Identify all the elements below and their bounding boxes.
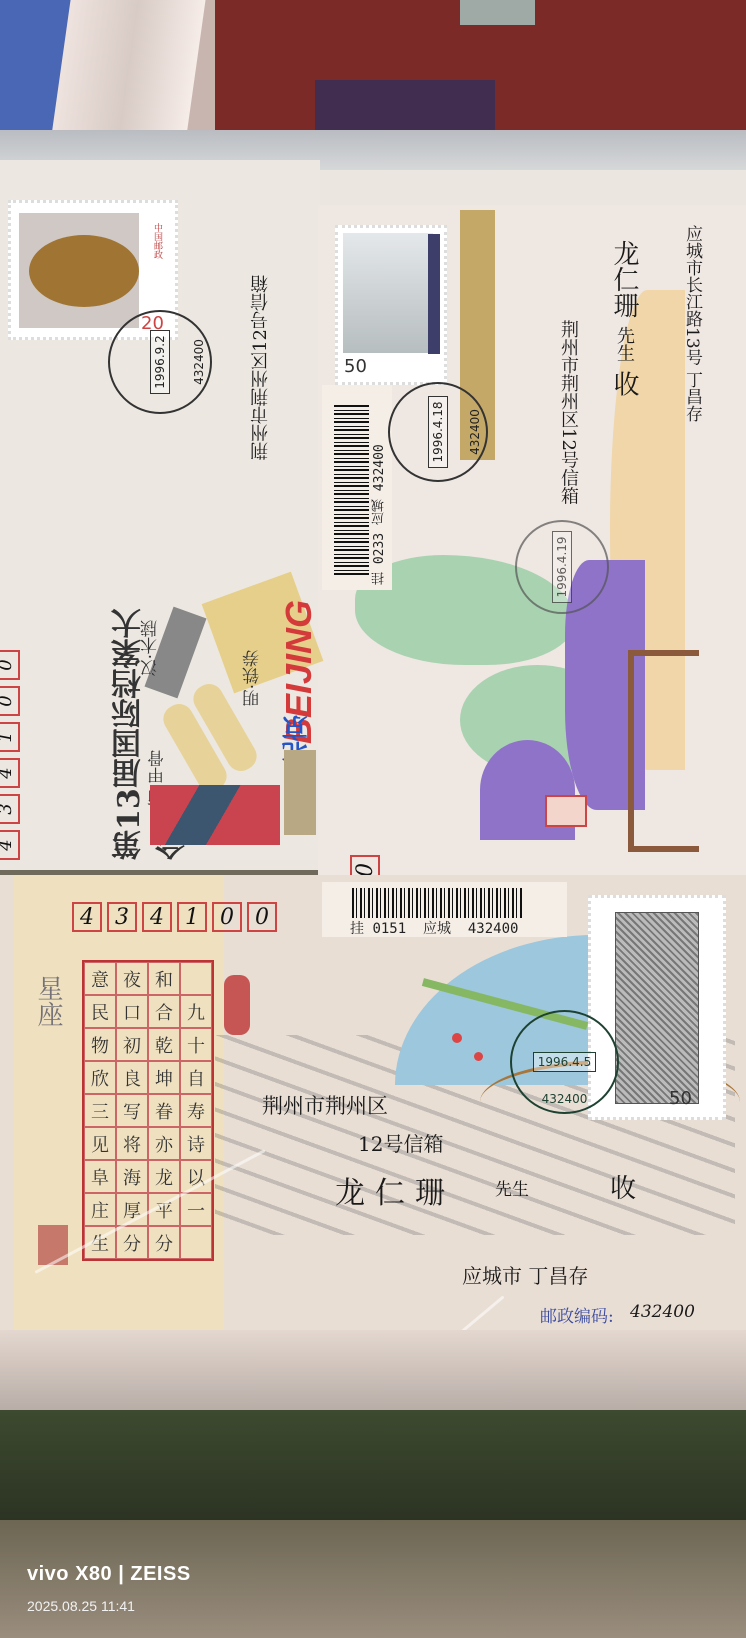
cachet-item-label: 汉·木牍 [138, 620, 163, 676]
poem-grid-cell: 寿 [180, 1094, 212, 1127]
postmark-date: 1996.9.2 [150, 330, 170, 393]
poem-grid-cell: 欣 [84, 1061, 116, 1094]
barcode [352, 888, 524, 918]
barcode [334, 405, 369, 575]
zip-code-boxes: 4 3 4 1 0 0 [0, 650, 20, 866]
registration-number: 挂 0233 应城 432400 [370, 395, 389, 585]
poem-grid-cell: 口 [116, 995, 148, 1028]
zip-digit: 1 [0, 722, 20, 752]
postmark-date: 1996.4.18 [428, 396, 448, 467]
poem-grid-cell: 亦 [148, 1127, 180, 1160]
poem-grid-cell: 眷 [148, 1094, 180, 1127]
postmark-date: 1996.4.5 [533, 1052, 596, 1072]
cachet-frame-border [628, 650, 699, 852]
zip-digit: 0 [0, 650, 20, 680]
background-shadow [315, 80, 495, 135]
poem-grid-cell: 海 [116, 1160, 148, 1193]
postmark: 1996.4.18 432400 [388, 382, 488, 482]
zip-digit: 4 [0, 758, 20, 788]
poem-grid-cell: 庄 [84, 1193, 116, 1226]
zip-digit: 4 [142, 902, 172, 932]
poem-grid-cell: 合 [148, 995, 180, 1028]
turtle-shell-icon [29, 235, 139, 307]
poem-grid-cell: 十 [180, 1028, 212, 1061]
poem-grid-cell: 物 [84, 1028, 116, 1061]
poem-grid-cell: 将 [116, 1127, 148, 1160]
poem-grid-cell: 意 [84, 962, 116, 995]
postmark-zip: 432400 [542, 1092, 588, 1106]
cachet-map-marker [452, 1033, 462, 1043]
handwritten-recipient: 龙仁珊 先生 收 [606, 240, 643, 397]
poem-grid-cell: 良 [116, 1061, 148, 1094]
handwritten-sender: 应城市长江路13号 丁昌存 [680, 225, 705, 422]
zip-digit: 3 [0, 794, 20, 824]
red-seal-chop [545, 795, 587, 827]
zip-digit: 4 [0, 830, 20, 860]
arrival-postmark: 1996.4.19 [515, 520, 609, 614]
poem-grid-cell: 一 [180, 1193, 212, 1226]
stamp-denomination: 50 [669, 1088, 692, 1109]
handwritten-address: 荆州市荆州区12号信箱 [248, 275, 274, 460]
poem-grid-cell: 阜 [84, 1160, 116, 1193]
stamp-mountain: 50 [335, 225, 447, 385]
zip-digit: 0 [247, 902, 277, 932]
postmark: 1996.4.5 432400 [510, 1010, 619, 1114]
cachet-side-label [284, 750, 316, 835]
background-book-pages [49, 0, 205, 150]
postmark-zip: 432400 [192, 339, 206, 385]
stamp-image [615, 912, 699, 1104]
poem-grid-cell: 乾 [148, 1028, 180, 1061]
plastic-sleeve-bottom [0, 1330, 746, 1410]
registration-label: 挂 0233 应城 432400 [322, 385, 392, 590]
handwritten-recipient: 龙仁珊 [335, 1168, 455, 1212]
zip-digit: 0 [0, 686, 20, 716]
zip-digit: 3 [107, 902, 137, 932]
stamp-border-strip [428, 234, 440, 354]
zip-digit: 1 [177, 902, 207, 932]
glass-table-edge [0, 1410, 746, 1520]
poem-grid-cell: 龙 [148, 1160, 180, 1193]
red-seal-chop [224, 975, 250, 1035]
zip-code-boxes: 4 3 4 1 0 0 [72, 902, 282, 932]
poem-grid-cell [180, 1226, 212, 1259]
zip-digit: 0 [212, 902, 242, 932]
stamp-issuer: 中国邮政 [151, 223, 164, 259]
postcode-value: 432400 [630, 1302, 695, 1322]
postmark-date: 1996.4.19 [552, 531, 572, 602]
poem-grid-cell: 夜 [116, 962, 148, 995]
zip-digit: 4 [72, 902, 102, 932]
handwritten-address-line2: 12号信箱 [358, 1128, 443, 1157]
poem-grid: 意夜和民口合九物初乾十欣良坤自三写眷寿见将亦诗阜海龙以庄厚平一生分分 [82, 960, 214, 1261]
registration-number: 挂 0151 应城 432400 [350, 918, 518, 938]
handwritten-closing: 收 [610, 1168, 636, 1205]
poem-grid-cell: 分 [148, 1226, 180, 1259]
postmark-zip: 432400 [468, 409, 482, 455]
poem-grid-cell: 和 [148, 962, 180, 995]
cachet-item-label: 明·铁券 [240, 650, 265, 706]
poem-grid-cell: 自 [180, 1061, 212, 1094]
cachet-side-text: 星座 [30, 975, 67, 1027]
poem-grid-cell: 写 [116, 1094, 148, 1127]
registration-label: 挂 0151 应城 432400 [322, 882, 567, 937]
handwritten-address-line1: 荆州市荆州区 [262, 1090, 388, 1120]
camera-watermark: vivo X80 | ZEISS [27, 1563, 191, 1586]
cachet-map-marker [474, 1052, 483, 1061]
stamp-image [343, 233, 433, 353]
postcode-label: 邮政编码: [540, 1302, 614, 1327]
poem-grid-cell [180, 962, 212, 995]
poem-grid-cell: 三 [84, 1094, 116, 1127]
poem-grid-cell: 诗 [180, 1127, 212, 1160]
poem-grid-cell: 分 [116, 1226, 148, 1259]
poem-grid-cell: 见 [84, 1127, 116, 1160]
handwritten-sender: 应城市 丁昌存 [462, 1260, 588, 1289]
poem-grid-cell: 初 [116, 1028, 148, 1061]
cachet-logo-graphic [150, 785, 280, 845]
poem-grid-cell: 民 [84, 995, 116, 1028]
handwritten-recipient-title: 先生 [495, 1175, 529, 1200]
postmark: 1996.9.2 432400 [108, 310, 212, 414]
stamp-denomination: 50 [344, 356, 367, 377]
handwritten-address: 荆州市荆州区12号信箱 [555, 320, 581, 505]
poem-grid-cell: 九 [180, 995, 212, 1028]
photo-timestamp: 2025.08.25 11:41 [27, 1598, 135, 1614]
background-window [460, 0, 535, 25]
poem-grid-cell: 坤 [148, 1061, 180, 1094]
